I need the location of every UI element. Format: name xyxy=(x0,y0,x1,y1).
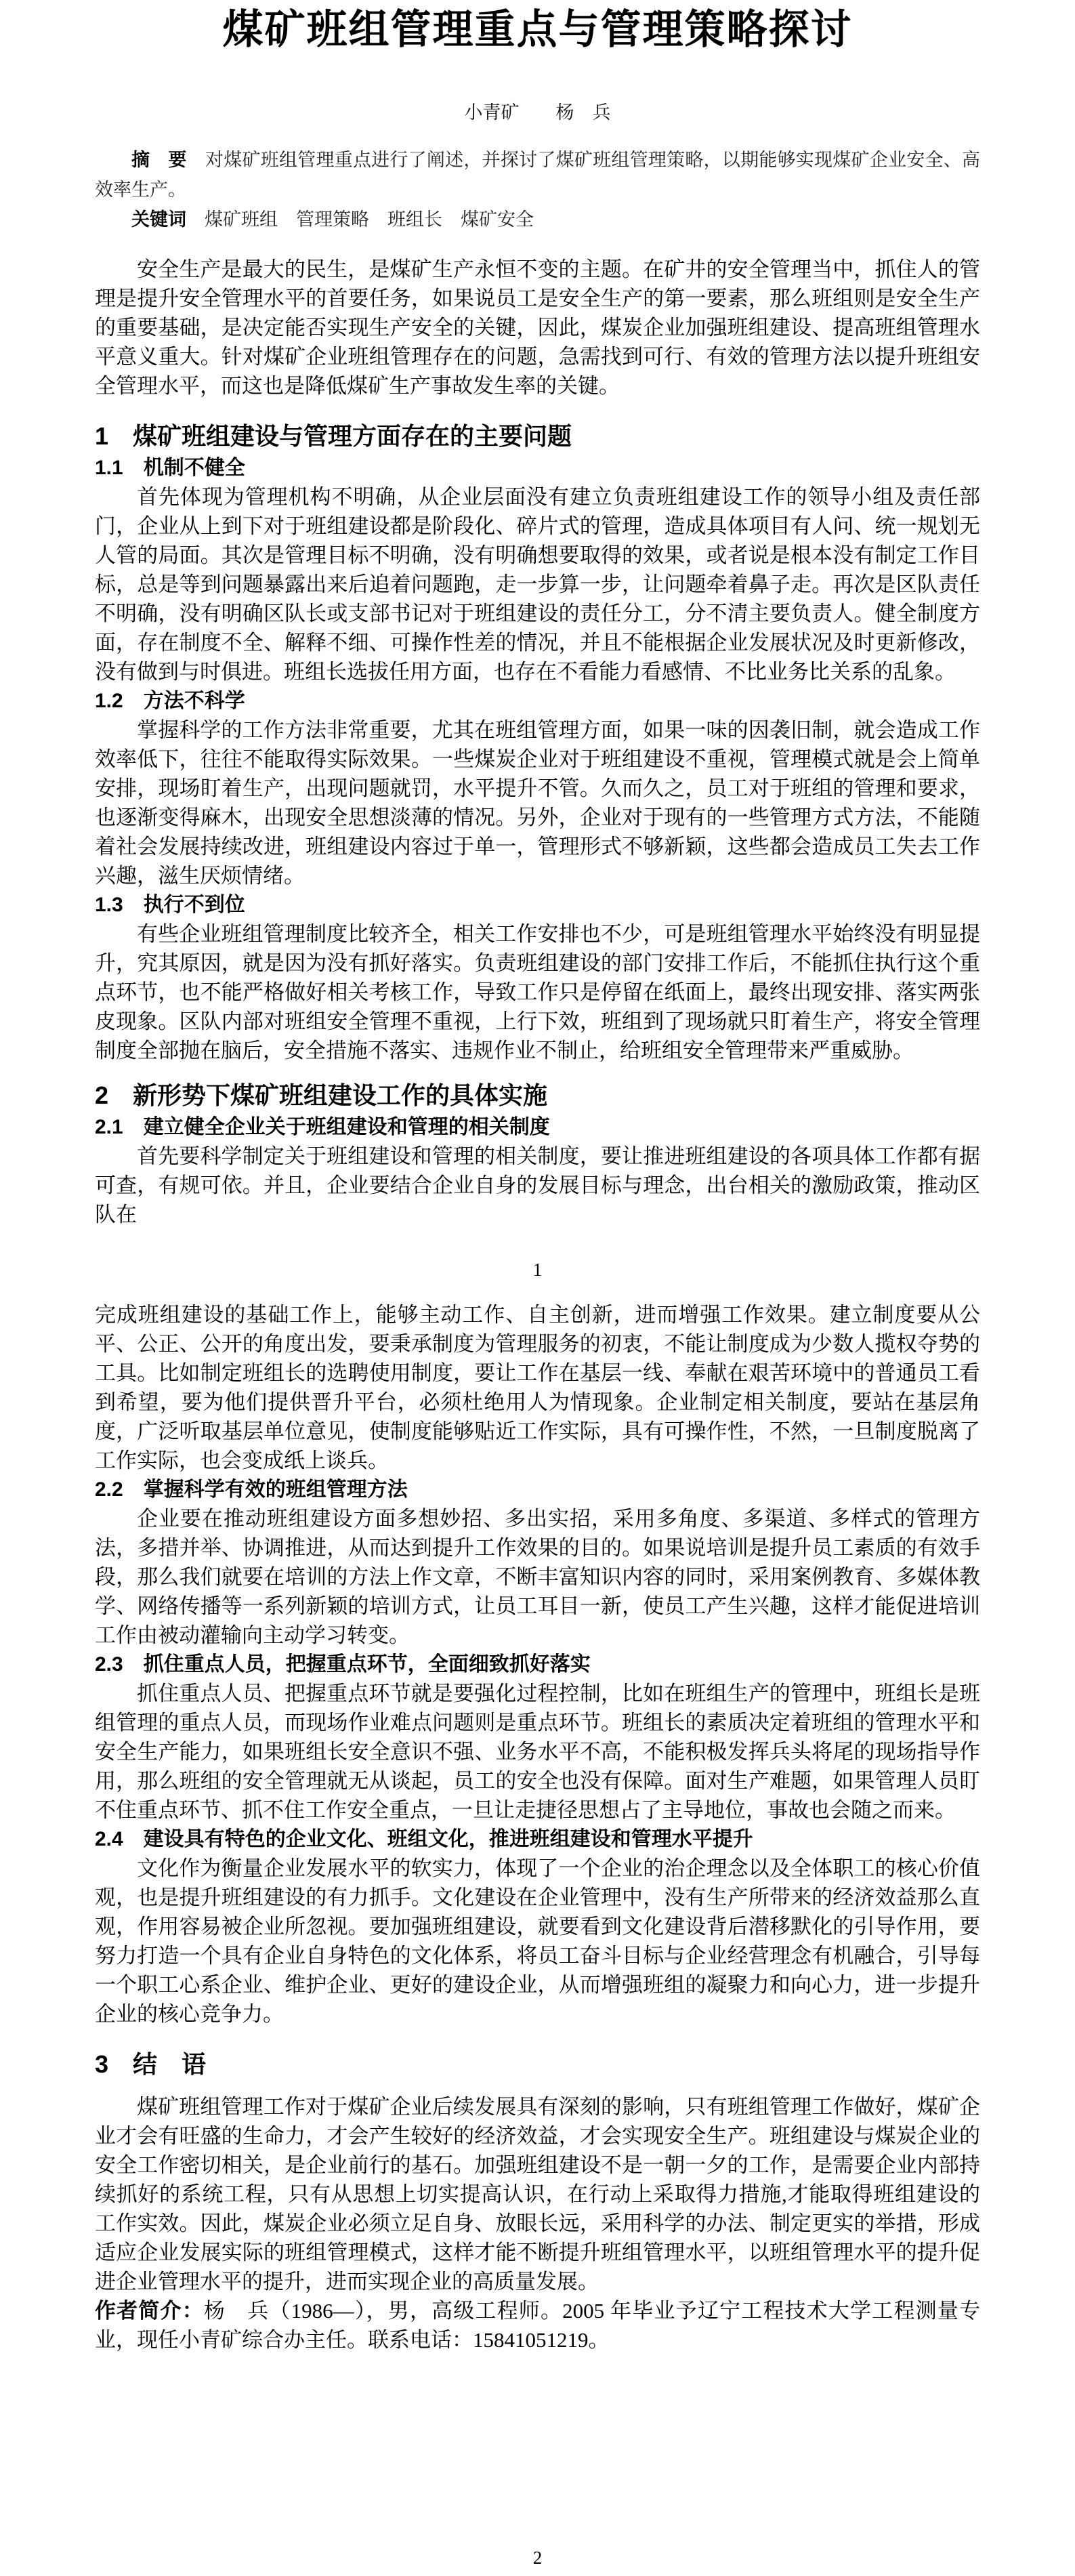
subsection-2-1-text-part1: 首先要科学制定关于班组建设和管理的相关制度，要让推进班组建设的各项具体工作都有据… xyxy=(95,1142,980,1229)
subsection-2-2-heading: 2.2 掌握科学有效的班组管理方法 xyxy=(95,1475,980,1504)
subsection-1-1-heading: 1.1 机制不健全 xyxy=(95,453,980,482)
subsection-2-3-text: 抓住重点人员、把握重点环节就是要强化过程控制，比如在班组生产的管理中，班组长是班… xyxy=(95,1679,980,1825)
subsection-1-1-text: 首先体现为管理机构不明确，从企业层面没有建立负责班组建设工作的领导小组及责任部门… xyxy=(95,482,980,686)
subsection-2-4-text: 文化作为衡量企业发展水平的软实力，体现了一个企业的治企理念以及全体职工的核心价值… xyxy=(95,1854,980,2029)
subsection-2-3-heading: 2.3 抓住重点人员，把握重点环节，全面细致抓好落实 xyxy=(95,1650,980,1679)
author-bio-text: 杨 兵（1986—），男，高级工程师。2005 年毕业予辽宁工程技术大学工程测量… xyxy=(95,2299,980,2352)
section-2-heading: 2 新形势下煤矿班组建设工作的具体实施 xyxy=(95,1079,980,1113)
keywords-paragraph: 关键词 煤矿班组 管理策略 班组长 煤矿安全 xyxy=(95,205,980,234)
subsection-2-4-heading: 2.4 建设具有特色的企业文化、班组文化，推进班组建设和管理水平提升 xyxy=(95,1825,980,1854)
intro-paragraph: 安全生产是最大的民生，是煤矿生产永恒不变的主题。在矿井的安全管理当中，抓住人的管… xyxy=(95,255,980,400)
document-canvas: 煤矿班组管理重点与管理策略探讨 小青矿 杨 兵 摘 要 对煤矿班组管理重点进行了… xyxy=(0,0,1075,2576)
authors-line: 小青矿 杨 兵 xyxy=(95,99,980,126)
page-1: 煤矿班组管理重点与管理策略探讨 小青矿 杨 兵 摘 要 对煤矿班组管理重点进行了… xyxy=(0,0,1075,1288)
author-bio-paragraph: 作者简介：杨 兵（1986—），男，高级工程师。2005 年毕业予辽宁工程技术大… xyxy=(95,2296,980,2354)
page-1-number: 1 xyxy=(0,1260,1075,1280)
subsection-1-3-text: 有些企业班组管理制度比较齐全，相关工作安排也不少，可是班组管理水平始终没有明显提… xyxy=(95,919,980,1065)
section-1-heading: 1 煤矿班组建设与管理方面存在的主要问题 xyxy=(95,419,980,453)
subsection-1-2-heading: 1.2 方法不科学 xyxy=(95,686,980,715)
abstract-paragraph: 摘 要 对煤矿班组管理重点进行了阐述，并探讨了煤矿班组管理策略，以期能够实现煤矿… xyxy=(95,145,980,205)
author-bio-label: 作者简介： xyxy=(95,2299,204,2323)
page-2-number: 2 xyxy=(0,2548,1075,2568)
section-3-heading: 3 结 语 xyxy=(95,2048,980,2081)
subsection-2-2-text: 企业要在推动班组建设方面多想妙招、多出实招，采用多角度、多渠道、多样式的管理方法… xyxy=(95,1504,980,1650)
keywords-label: 关键词 xyxy=(131,209,186,230)
page-2: 完成班组建设的基础工作上，能够主动工作、自主创新，进而增强工作效果。建立制度要从… xyxy=(0,1288,1075,2576)
abstract-label: 摘 要 xyxy=(131,150,187,170)
conclusion-text: 煤矿班组管理工作对于煤矿企业后续发展具有深刻的影响，只有班组管理工作做好，煤矿企… xyxy=(95,2092,980,2296)
keywords-text: 煤矿班组 管理策略 班组长 煤矿安全 xyxy=(205,209,534,230)
subsection-1-3-heading: 1.3 执行不到位 xyxy=(95,890,980,919)
subsection-1-2-text: 掌握科学的工作方法非常重要，尤其在班组管理方面，如果一味的因袭旧制，就会造成工作… xyxy=(95,715,980,890)
subsection-2-1-text-part2: 完成班组建设的基础工作上，能够主动工作、自主创新，进而增强工作效果。建立制度要从… xyxy=(95,1300,980,1475)
paper-title: 煤矿班组管理重点与管理策略探讨 xyxy=(95,4,980,56)
abstract-text: 对煤矿班组管理重点进行了阐述，并探讨了煤矿班组管理策略，以期能够实现煤矿企业安全… xyxy=(95,150,980,200)
subsection-2-1-heading: 2.1 建立健全企业关于班组建设和管理的相关制度 xyxy=(95,1113,980,1142)
